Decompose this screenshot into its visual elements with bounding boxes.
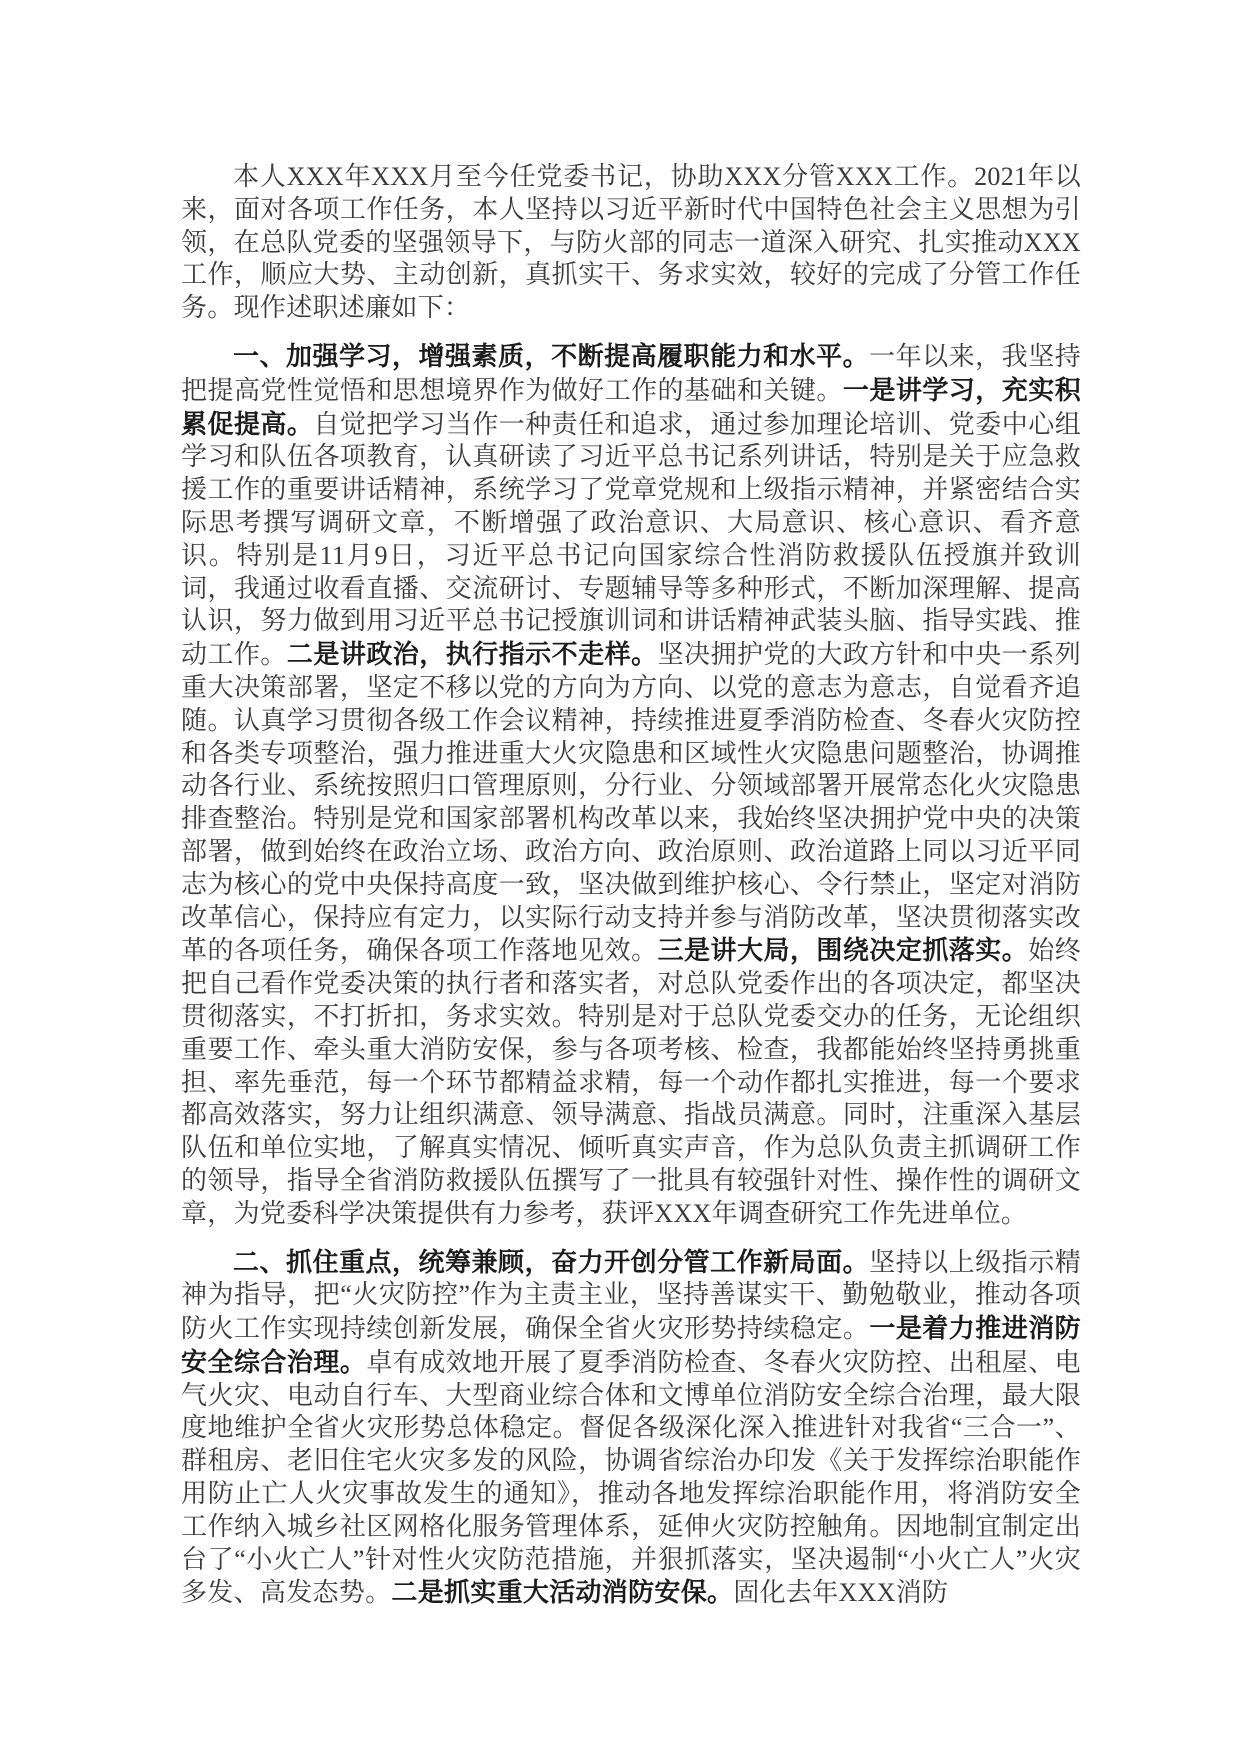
paragraph: 二、抓住重点，统筹兼顾，奋力开创分管工作新局面。坚持以上级指示精神为指导，把“火… xyxy=(181,1246,1081,1611)
heading-run: 三是讲大局，围绕决定抓落实。 xyxy=(658,935,1029,965)
paragraph: 一、加强学习，增强素质，不断提高履职能力和水平。一年以来，我坚持把提高党性觉悟和… xyxy=(181,340,1081,1231)
text-run: 自觉把学习当作一种责任和追求，通过参加理论培训、党委中心组学习和队伍各项教育，认… xyxy=(181,410,1081,670)
text-run: 卓有成效地开展了夏季消防检查、冬春火灾防控、出租屋、电气火灾、电动自行车、大型商… xyxy=(181,1348,1081,1608)
text-run: 坚决拥护党的大政方针和中央一系列重大决策部署，坚定不移以党的方向为方向、以党的意… xyxy=(181,640,1081,965)
heading-run: 二是讲政治，执行指示不走样。 xyxy=(287,639,658,669)
heading-run: 二是抓实重大活动消防安保。 xyxy=(391,1577,733,1607)
text-run: 本人XXX年XXX月至今任党委书记，协助XXX分管XXX工作。2021年以来，面… xyxy=(181,162,1081,322)
heading-run: 二、抓住重点，统筹兼顾，奋力开创分管工作新局面。 xyxy=(233,1247,869,1277)
text-run: 始终把自己看作党委决策的执行者和落实者，对总队党委作出的各项决定，都坚决贯彻落实… xyxy=(181,936,1081,1227)
text-run: 固化去年XXX消防 xyxy=(733,1578,948,1607)
paragraph: 本人XXX年XXX月至今任党委书记，协助XXX分管XXX工作。2021年以来，面… xyxy=(181,161,1081,325)
document-body: 本人XXX年XXX月至今任党委书记，协助XXX分管XXX工作。2021年以来，面… xyxy=(181,161,1081,1610)
heading-run: 一、加强学习，增强素质，不断提高履职能力和水平。 xyxy=(233,341,869,371)
document-page: 本人XXX年XXX月至今任党委书记，协助XXX分管XXX工作。2021年以来，面… xyxy=(0,0,1240,1754)
